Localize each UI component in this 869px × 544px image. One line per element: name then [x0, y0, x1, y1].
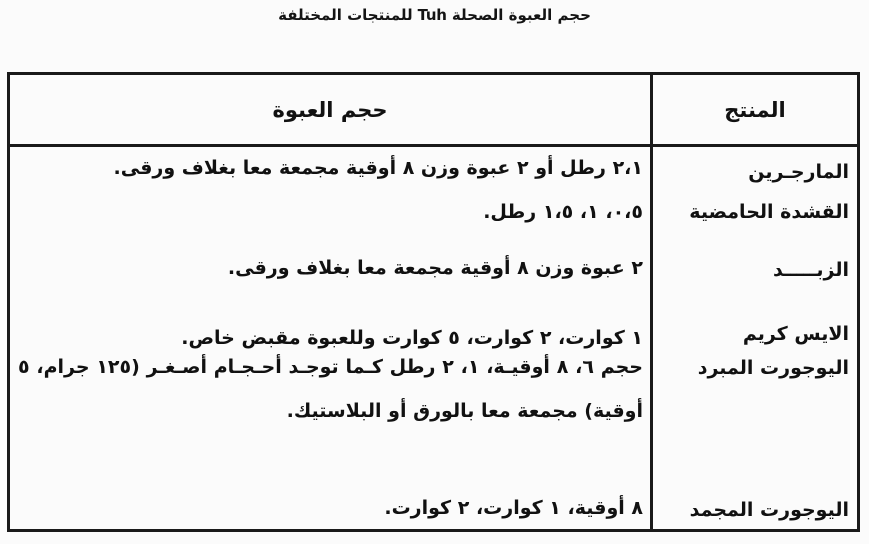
table-row: الايس كريم ١ كوارت، ٢ كوارت، ٥ كوارت ولل…	[10, 279, 857, 319]
table-row: اليوجورت المبرد حجم ٦، ٨ أوقيـة، ١، ٢ رط…	[10, 321, 857, 411]
cell-product: الزبـــــد	[659, 259, 849, 281]
cell-product: القشدة الحامضية	[659, 201, 849, 223]
table-caption: حجم العبوة الصحلة Tuh للمنتجات المختلفة	[0, 6, 869, 24]
header-product: المنتج	[653, 75, 857, 144]
package-size-table: المنتج حجم العبوة المارجـرين ٢،١ رطل أو …	[7, 72, 860, 532]
table-header-row: المنتج حجم العبوة	[10, 75, 857, 147]
scanned-page: حجم العبوة الصحلة Tuh للمنتجات المختلفة …	[0, 0, 869, 544]
cell-package-size: ٨ أوقية، ١ كوارت، ٢ كوارت.	[18, 487, 643, 530]
cell-product: اليوجورت المجمد	[659, 499, 849, 521]
cell-product: المارجـرين	[659, 161, 849, 183]
cell-package-size: ٢،١ رطل أو ٢ عبوة وزن ٨ أوقية مجمعة معا …	[18, 147, 643, 190]
table-row: اليوجورت المجمد ٨ أوقية، ١ كوارت، ٢ كوار…	[10, 413, 857, 513]
header-package-size: حجم العبوة	[10, 75, 650, 144]
table-row: المارجـرين ٢،١ رطل أو ٢ عبوة وزن ٨ أوقية…	[10, 147, 857, 185]
table-body: المارجـرين ٢،١ رطل أو ٢ عبوة وزن ٨ أوقية…	[10, 147, 857, 529]
table-row: الزبـــــد ٢ عبوة وزن ٨ أوقية مجمعة معا …	[10, 227, 857, 277]
table-row: القشدة الحامضية ٠،٥، ١، ١،٥ رطل.	[10, 187, 857, 225]
cell-product: اليوجورت المبرد	[659, 357, 849, 379]
